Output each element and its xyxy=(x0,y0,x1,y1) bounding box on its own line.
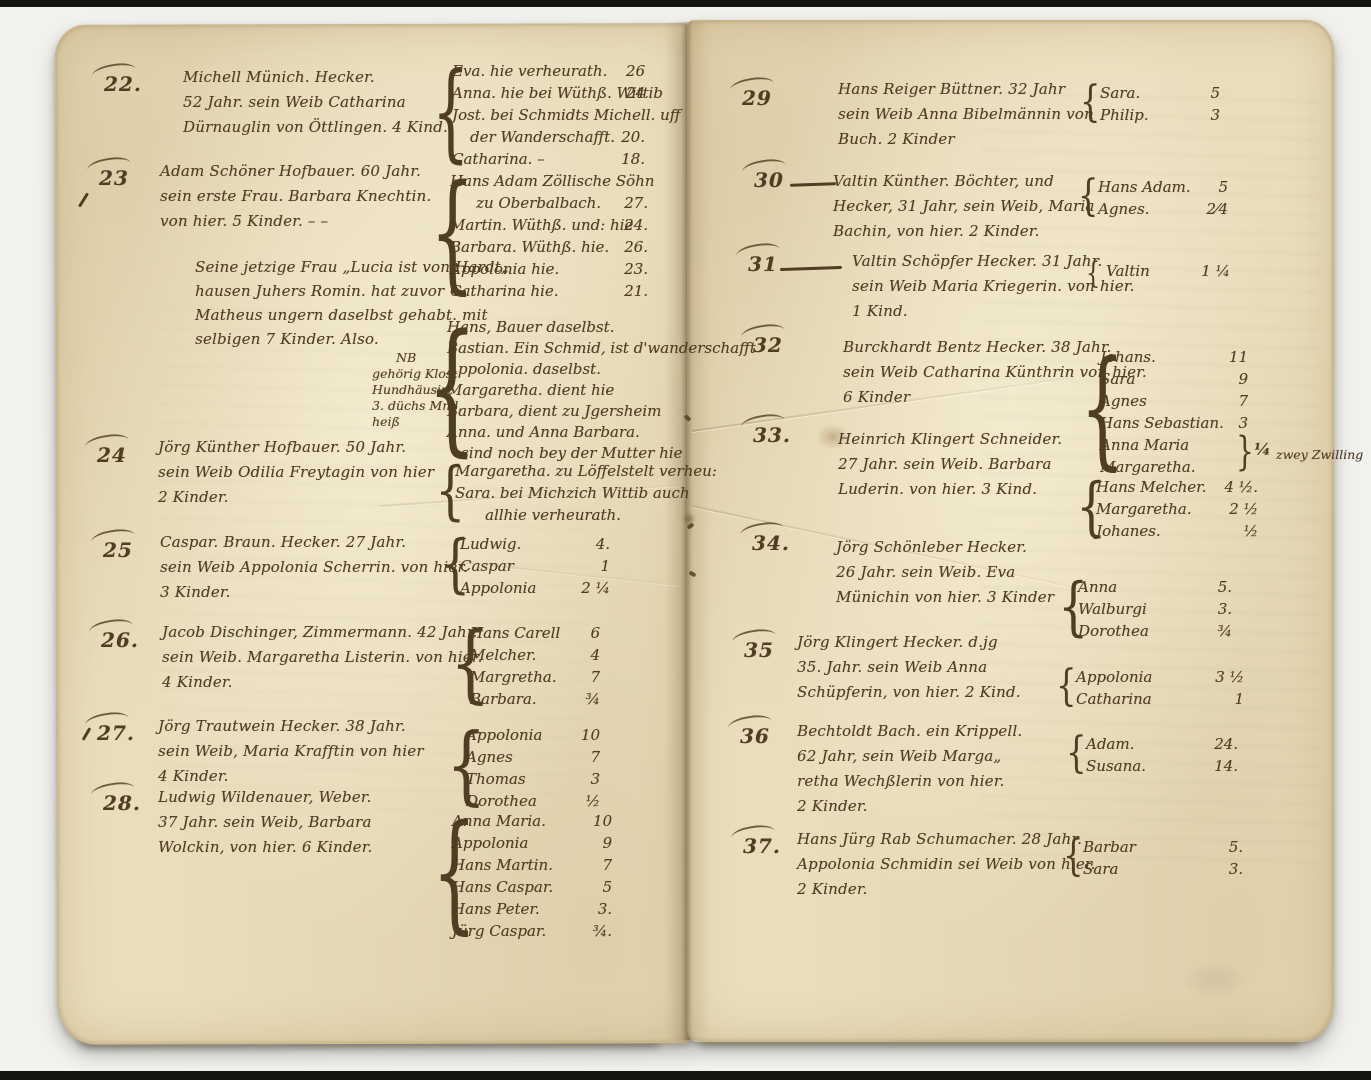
child-row: Sara.5 xyxy=(1100,84,1220,106)
child-name: Sara. xyxy=(1100,84,1140,102)
child-row: Martin. Wüthß. und: hie24. xyxy=(450,216,648,238)
entry-description-line: Seine jetzige Frau „Lucia ist von Hardt„ xyxy=(195,258,509,276)
child-name: Catharina xyxy=(1076,690,1152,708)
children-bracket: { xyxy=(1080,81,1101,124)
child-age: 18. xyxy=(621,150,645,168)
child-age: ¾ xyxy=(585,690,600,708)
entry-description-line: 37 Jahr. sein Weib, Barbara xyxy=(158,813,372,831)
child-age: 2 ¼ xyxy=(581,579,610,597)
child-name: Hans Carell xyxy=(470,624,560,642)
child-age: 3 xyxy=(1210,106,1220,124)
entry-description-line: Valtin Schöpfer Hecker. 31 Jahr. xyxy=(852,252,1102,270)
child-age: 5 xyxy=(1218,178,1228,196)
child-row: Hans Sebastian.3 xyxy=(1100,414,1248,436)
child-name: Hans Martin. xyxy=(452,856,553,874)
twins-label: zwey Zwilling xyxy=(1276,447,1363,462)
entry-description-line: Jacob Dischinger, Zimmermann. 42 Jahr. xyxy=(162,623,477,641)
entry-description-line: sein erste Frau. Barbara Knechtin. xyxy=(160,187,431,205)
child-name: Anna xyxy=(1078,578,1117,596)
entry-description-line: sein Weib Odilia Freytagin von hier xyxy=(158,463,434,481)
entry-description-line: Hans Jürg Rab Schumacher. 28 Jahr. xyxy=(797,830,1082,848)
child-row: Sara3. xyxy=(1083,860,1243,882)
entry-number: 29 xyxy=(742,86,772,110)
child-name: Thomas xyxy=(466,770,526,788)
child-row: allhie verheurath. xyxy=(455,506,660,528)
entry-number: 24 xyxy=(97,443,127,467)
entry-description-line: 1 Kind. xyxy=(852,302,908,320)
child-row: Barbara.¾ xyxy=(470,690,600,712)
child-age: 26. xyxy=(624,238,648,256)
child-row: Hans Melcher.4 ½. xyxy=(1096,478,1258,500)
child-name: Appolonia xyxy=(466,726,542,744)
children-bracket: { xyxy=(1086,259,1100,289)
child-name: Agnes xyxy=(466,748,513,766)
child-name: Dorothea xyxy=(466,792,537,810)
child-name: Susana. xyxy=(1086,757,1146,775)
entry-description-line: Valtin Künther. Böchter, und xyxy=(833,172,1054,190)
child-name: Appolonia xyxy=(460,579,536,597)
child-row: Jost. bei Schmidts Michell. uff xyxy=(452,106,645,128)
child-name: zu Oberbalbach. xyxy=(476,194,601,212)
child-row: Appolonia2 ¼ xyxy=(460,579,610,601)
child-row: Jürg Caspar.¾. xyxy=(452,922,612,944)
entry-number: 34. xyxy=(752,531,790,555)
child-age: 7 xyxy=(602,856,612,874)
child-row: Appolonia. daselbst. xyxy=(447,360,665,381)
entry-description-line: 2 Kinder. xyxy=(158,488,229,506)
child-age: 21. xyxy=(624,282,648,300)
child-age: 4 ½. xyxy=(1224,478,1258,496)
child-age: ¾ xyxy=(1217,622,1232,640)
entry-number: 26. xyxy=(101,628,139,652)
entry-description-line: Wolckin, von hier. 6 Kinder. xyxy=(158,838,372,856)
entry-number: 27. xyxy=(97,721,135,745)
child-age: 27. xyxy=(624,194,648,212)
child-row: zu Oberbalbach.27. xyxy=(450,194,648,216)
child-age: 24. xyxy=(624,216,648,234)
child-row: Catharina1 xyxy=(1076,690,1244,712)
entry-description-line: Hans Reiger Büttner. 32 Jahr xyxy=(838,80,1065,98)
entry-description-line: 3 Kinder. xyxy=(160,583,231,601)
child-age: 3. xyxy=(1218,600,1232,618)
entry-description-line: Jörg Klingert Hecker. d.jg xyxy=(797,633,998,651)
child-name: Johans. xyxy=(1100,348,1156,366)
entry-number: 33. xyxy=(753,423,791,447)
entry-description-line: Buch. 2 Kinder xyxy=(838,130,955,148)
child-age: 2 ½ xyxy=(1229,500,1258,518)
child-age: 1 ¼ xyxy=(1201,262,1230,280)
child-name: Dorothea xyxy=(1078,622,1149,640)
child-row: Sara. bei Michzich Wittib auch xyxy=(455,484,660,506)
entry-description-line: Ludwig Wildenauer, Weber. xyxy=(158,788,372,806)
child-name: Jürg Caspar. xyxy=(452,922,546,940)
child-row: Margaretha. zu Löffelstelt verheu: xyxy=(455,462,660,484)
child-row: Anna Maria xyxy=(1100,436,1248,458)
entry-description-line: Appolonia Schmidin sei Weib von hier. xyxy=(797,855,1096,873)
child-row: Agnes7 xyxy=(466,748,600,770)
entry-description-line: 2 Kinder. xyxy=(797,797,868,815)
child-age: 3. xyxy=(1229,860,1243,878)
children-bracket: { xyxy=(1078,175,1099,218)
child-name: Anna. und Anna Barbara. xyxy=(447,423,640,441)
entry-number: 36 xyxy=(740,724,770,748)
children-bracket: { xyxy=(1056,665,1077,708)
child-row: Adam.24. xyxy=(1086,735,1238,757)
child-name: Catharina hie. xyxy=(450,282,559,300)
child-name: Appolonia. daselbst. xyxy=(447,360,601,378)
entry-description-line: Burckhardt Bentz Hecker. 38 Jahr. xyxy=(843,338,1112,356)
child-row: Anna5. xyxy=(1078,578,1232,600)
child-row: der Wanderschafft.20. xyxy=(452,128,645,150)
child-name: Hans Caspar. xyxy=(452,878,553,896)
entry-description-line: Caspar. Braun. Hecker. 27 Jahr. xyxy=(160,533,406,551)
child-row: Anna. und Anna Barbara. xyxy=(447,423,665,444)
child-name: Valtin xyxy=(1106,262,1150,280)
child-name: der Wanderschafft. xyxy=(470,128,615,146)
child-age: 7 xyxy=(1238,392,1248,410)
child-name: Jost. bei Schmidts Michell. uff xyxy=(452,106,680,124)
child-name: Johanes. xyxy=(1096,522,1161,540)
entry-description-line: Münichin von hier. 3 Kinder xyxy=(836,588,1054,606)
child-age: 4. xyxy=(596,535,610,553)
entry-description-line: Schüpferin, von hier. 2 Kind. xyxy=(797,683,1021,701)
entry-description-line: retha Wechßlerin von hier. xyxy=(797,772,1004,790)
child-row: Hans Carell6 xyxy=(470,624,600,646)
entry-description-line: 26 Jahr. sein Weib. Eva xyxy=(836,563,1015,581)
child-age: 23. xyxy=(624,260,648,278)
child-row: Margretha.7 xyxy=(470,668,600,690)
entry-number: 30 xyxy=(754,168,784,192)
child-row: Anna Maria.10 xyxy=(452,812,612,834)
child-row: Johans.11 xyxy=(1100,348,1248,370)
child-row: Walburgi3. xyxy=(1078,600,1232,622)
entry-description-line: Jörg Trautwein Hecker. 38 Jahr. xyxy=(158,717,406,735)
child-age: 5 xyxy=(602,878,612,896)
child-age: 6 xyxy=(590,624,600,642)
children-bracket: { xyxy=(1066,732,1087,775)
child-name: Appolonia xyxy=(452,834,528,852)
entry-description-line: Dürnauglin von Öttlingen. 4 Kind. xyxy=(183,118,448,136)
child-row: Barbar5. xyxy=(1083,838,1243,860)
entry-description-line: Heinrich Klingert Schneider. xyxy=(838,430,1062,448)
scanner-edge-bottom xyxy=(0,1071,1371,1080)
child-name: Sara. bei Michzich Wittib auch xyxy=(455,484,690,502)
entry-number: 22. xyxy=(104,72,142,96)
entry-description-line: 6 Kinder xyxy=(843,388,910,406)
child-row: Margaretha.2 ½ xyxy=(1096,500,1258,522)
child-name: Margaretha. xyxy=(1100,458,1195,476)
entry-description-line: Jörg Künther Hofbauer. 50 Jahr. xyxy=(158,438,406,456)
child-row: Margaretha. dient hie xyxy=(447,381,665,402)
child-name: Philip. xyxy=(1100,106,1149,124)
entry-description-line: von hier. 5 Kinder. – – xyxy=(160,212,328,230)
child-name: Eva. hie verheurath. xyxy=(452,62,607,80)
child-age: 9 xyxy=(1238,370,1248,388)
child-name: Barbara. Wüthß. hie. xyxy=(450,238,609,256)
entry-description-line: sein Weib, Maria Krafftin von hier xyxy=(158,742,424,760)
child-row: Ludwig.4. xyxy=(460,535,610,557)
child-age: 11 xyxy=(1229,348,1248,366)
entry-description-line: Bechtoldt Bach. ein Krippell. xyxy=(797,722,1022,740)
child-name: Adam. xyxy=(1086,735,1134,753)
child-row: Margaretha. xyxy=(1100,458,1248,480)
child-row: sind noch bey der Mutter hie xyxy=(447,444,665,465)
entry-description-line: sein Weib Appolonia Scherrin. von hier. xyxy=(160,558,468,576)
child-row: Hans Martin.7 xyxy=(452,856,612,878)
entry-description-line: Adam Schöner Hofbauer. 60 Jahr. xyxy=(160,162,421,180)
entry-description-line: selbigen 7 Kinder. Also. xyxy=(195,330,379,348)
child-name: Hans Adam. xyxy=(1098,178,1191,196)
child-age: 24 xyxy=(626,84,645,102)
child-age: 2⁄4 xyxy=(1206,200,1228,218)
child-name: Sara xyxy=(1083,860,1118,878)
child-age: 3 ½ xyxy=(1215,668,1244,686)
child-name: Walburgi xyxy=(1078,600,1147,618)
child-age: 3. xyxy=(598,900,612,918)
child-name: Hans Adam Zöllische Söhn xyxy=(450,172,654,190)
child-name: Hans Peter. xyxy=(452,900,540,918)
nb-note-line: NB xyxy=(396,350,416,365)
binding-fold xyxy=(664,22,710,1040)
entry-description-line: 35. Jahr. sein Weib Anna xyxy=(797,658,987,676)
child-row: Hans Peter.3. xyxy=(452,900,612,922)
child-age: 9 xyxy=(602,834,612,852)
child-name: Hans Melcher. xyxy=(1096,478,1206,496)
child-row: Dorothea½ xyxy=(466,792,600,814)
child-name: Caspar xyxy=(460,557,514,575)
child-row: Thomas3 xyxy=(466,770,600,792)
child-age: 4 xyxy=(590,646,600,664)
child-row: Eva. hie verheurath.26 xyxy=(452,62,645,84)
child-name: Anna Maria. xyxy=(452,812,546,830)
child-row: Dorothea¾ xyxy=(1078,622,1232,644)
twins-brace: } xyxy=(1236,432,1254,472)
child-name: Hans Sebastian. xyxy=(1100,414,1224,432)
child-name: Anna Maria xyxy=(1100,436,1189,454)
entry-description-line: sein Weib. Margaretha Listerin. von hier… xyxy=(162,648,483,666)
child-row: Valtin1 ¼ xyxy=(1106,262,1230,284)
child-name: Agnes xyxy=(1100,392,1147,410)
child-row: Sara9 xyxy=(1100,370,1248,392)
entry-description-line: 52 Jahr. sein Weib Catharina xyxy=(183,93,406,111)
child-name: Margaretha. xyxy=(1096,500,1191,518)
child-age: 5. xyxy=(1218,578,1232,596)
child-row: Caspar1 xyxy=(460,557,610,579)
child-age: 10 xyxy=(581,726,600,744)
child-age: 1 xyxy=(600,557,610,575)
child-name: Barbar xyxy=(1083,838,1136,856)
child-name: Ludwig. xyxy=(460,535,521,553)
entry-description-line: Bachin, von hier. 2 Kinder. xyxy=(833,222,1040,240)
scanned-manuscript-view: { "colors": { "paper": "#e9ddbc", "ink":… xyxy=(0,0,1371,1080)
child-row: Anna. hie bei Wüthß. Wittib24 xyxy=(452,84,645,106)
child-age: 3 xyxy=(590,770,600,788)
child-row: Appolonia10 xyxy=(466,726,600,748)
child-row: Agnes.2⁄4 xyxy=(1098,200,1228,222)
child-row: Agnes7 xyxy=(1100,392,1248,414)
child-row: Catharina hie.21. xyxy=(450,282,648,304)
child-name: Hans, Bauer daselbst. xyxy=(447,318,614,336)
entry-description-line: 4 Kinder. xyxy=(162,673,233,691)
entry-number: 25 xyxy=(103,538,133,562)
child-age: ½ xyxy=(1243,522,1258,540)
entry-description-line: Luderin. von hier. 3 Kind. xyxy=(838,480,1037,498)
child-age: 20. xyxy=(621,128,645,146)
child-row: Barbara, dient zu Jgersheim xyxy=(447,402,665,423)
entry-description-line: Michell Münich. Hecker. xyxy=(183,68,375,86)
child-age: 26 xyxy=(626,62,645,80)
child-age: 5 xyxy=(1210,84,1220,102)
nb-note-line: heiß xyxy=(372,414,400,429)
child-name: Barbara. xyxy=(470,690,537,708)
entry-number: 37. xyxy=(743,834,781,858)
entry-number: 35 xyxy=(744,638,774,662)
child-age: 1 xyxy=(1234,690,1244,708)
child-row: Barbara. Wüthß. hie.26. xyxy=(450,238,648,260)
entry-number: 23 xyxy=(99,166,129,190)
child-row: Melcher.4 xyxy=(470,646,600,668)
scanner-edge-top xyxy=(0,0,1371,7)
child-name: Appolonia xyxy=(1076,668,1152,686)
twins-fraction: ¼ xyxy=(1254,440,1271,459)
child-age: 10 xyxy=(593,812,612,830)
child-row: Hans Adam.5 xyxy=(1098,178,1228,200)
child-name: Agnes. xyxy=(1098,200,1149,218)
entry-number: 32 xyxy=(753,333,783,357)
child-row: Johanes.½ xyxy=(1096,522,1258,544)
child-age: 7 xyxy=(590,748,600,766)
child-row: Appolonia3 ½ xyxy=(1076,668,1244,690)
child-row: Appolonia9 xyxy=(452,834,612,856)
child-age: 5. xyxy=(1229,838,1243,856)
child-name: allhie verheurath. xyxy=(485,506,621,524)
entry-number: 28. xyxy=(103,791,141,815)
entry-description-line: 27 Jahr. sein Weib. Barbara xyxy=(838,455,1052,473)
entry-description-line: 4 Kinder. xyxy=(158,767,229,785)
children-bracket: { xyxy=(1063,835,1084,878)
child-name: Sara xyxy=(1100,370,1135,388)
entry-description-line: Hecker, 31 Jahr, sein Weib, Maria xyxy=(833,197,1095,215)
entry-description-line: 62 Jahr, sein Weib Marga„ xyxy=(797,747,1001,765)
child-row: Hans Adam Zöllische Söhn xyxy=(450,172,648,194)
child-name: Martin. Wüthß. und: hie xyxy=(450,216,633,234)
child-row: Hans Caspar.5 xyxy=(452,878,612,900)
child-name: Barbara, dient zu Jgersheim xyxy=(447,402,661,420)
entry-description-line: Jörg Schönleber Hecker. xyxy=(836,538,1027,556)
child-row: Catharina. –18. xyxy=(452,150,645,172)
child-age: 24. xyxy=(1214,735,1238,753)
child-row: Hans, Bauer daselbst. xyxy=(447,318,665,339)
child-name: Margretha. xyxy=(470,668,557,686)
smudge xyxy=(1180,960,1250,1000)
child-name: Bastian. Ein Schmid, ist d'wanderschafft xyxy=(447,339,756,357)
entry-number: 31 xyxy=(748,252,778,276)
child-age: 7 xyxy=(590,668,600,686)
entry-description-line: hausen Juhers Romin. hat zuvor xyxy=(195,282,444,300)
child-age: ¾. xyxy=(593,922,612,940)
entry-description-line: sein Weib Anna Bibelmännin von xyxy=(838,105,1094,123)
child-age: 14. xyxy=(1214,757,1238,775)
entry-description-line: 2 Kinder. xyxy=(797,880,868,898)
child-name: Margaretha. dient hie xyxy=(447,381,614,399)
child-row: Philip.3 xyxy=(1100,106,1220,128)
child-name: sind noch bey der Mutter hie xyxy=(461,444,682,462)
child-row: Bastian. Ein Schmid, ist d'wanderschafft xyxy=(447,339,665,360)
child-row: Susana.14. xyxy=(1086,757,1238,779)
child-name: Melcher. xyxy=(470,646,536,664)
child-age: ½ xyxy=(585,792,600,810)
